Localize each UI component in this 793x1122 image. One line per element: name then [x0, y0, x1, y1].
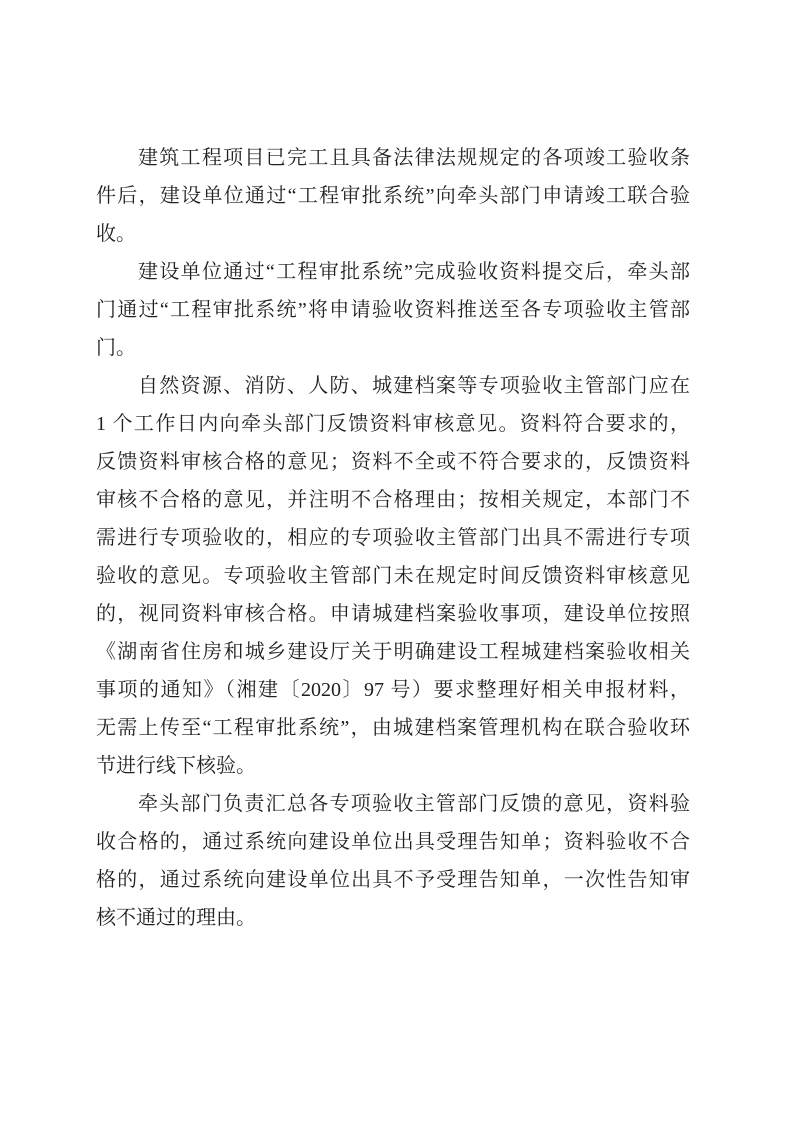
paragraph: 自然资源、消防、人防、城建档案等专项验收主管部门应在1 个工作日内向牵头部门反馈… — [96, 367, 690, 785]
document-body: 建筑工程项目已完工且具备法律法规规定的各项竣工验收条件后，建设单位通过“工程审批… — [96, 139, 690, 937]
text-line: 1 个工作日内向牵头部门反馈资料审核意见。资料符合要求的， — [96, 405, 690, 443]
text-line: 验收的意见。专项验收主管部门未在规定时间反馈资料审核意见 — [96, 557, 690, 595]
text-line: 格的，通过系统向建设单位出具不予受理告知单，一次性告知审 — [96, 861, 690, 899]
text-line: 《湖南省住房和城乡建设厅关于明确建设工程城建档案验收相关 — [96, 633, 690, 671]
text-line: 收合格的，通过系统向建设单位出具受理告知单；资料验收不合 — [96, 823, 690, 861]
text-line: 件后，建设单位通过“工程审批系统”向牵头部门申请竣工联合验 — [96, 177, 690, 215]
text-line: 自然资源、消防、人防、城建档案等专项验收主管部门应在 — [96, 367, 690, 405]
text-line: 收。 — [96, 215, 690, 253]
text-line: 建筑工程项目已完工且具备法律法规规定的各项竣工验收条 — [96, 139, 690, 177]
text-line: 核不通过的理由。 — [96, 899, 690, 937]
text-line: 无需上传至“工程审批系统”，由城建档案管理机构在联合验收环 — [96, 709, 690, 747]
paragraph: 牵头部门负责汇总各专项验收主管部门反馈的意见，资料验收合格的，通过系统向建设单位… — [96, 785, 690, 937]
text-line: 反馈资料审核合格的意见；资料不全或不符合要求的，反馈资料 — [96, 443, 690, 481]
text-line: 的，视同资料审核合格。申请城建档案验收事项，建设单位按照 — [96, 595, 690, 633]
text-line: 节进行线下核验。 — [96, 747, 690, 785]
text-line: 审核不合格的意见，并注明不合格理由；按相关规定，本部门不 — [96, 481, 690, 519]
text-line: 门通过“工程审批系统”将申请验收资料推送至各专项验收主管部 — [96, 291, 690, 329]
text-line: 建设单位通过“工程审批系统”完成验收资料提交后，牵头部 — [96, 253, 690, 291]
paragraph: 建设单位通过“工程审批系统”完成验收资料提交后，牵头部门通过“工程审批系统”将申… — [96, 253, 690, 367]
paragraph: 建筑工程项目已完工且具备法律法规规定的各项竣工验收条件后，建设单位通过“工程审批… — [96, 139, 690, 253]
text-line: 门。 — [96, 329, 690, 367]
document-page: 建筑工程项目已完工且具备法律法规规定的各项竣工验收条件后，建设单位通过“工程审批… — [0, 0, 793, 1122]
text-line: 牵头部门负责汇总各专项验收主管部门反馈的意见，资料验 — [96, 785, 690, 823]
text-line: 需进行专项验收的，相应的专项验收主管部门出具不需进行专项 — [96, 519, 690, 557]
text-line: 事项的通知》（湘建〔2020〕97 号）要求整理好相关申报材料， — [96, 671, 690, 709]
